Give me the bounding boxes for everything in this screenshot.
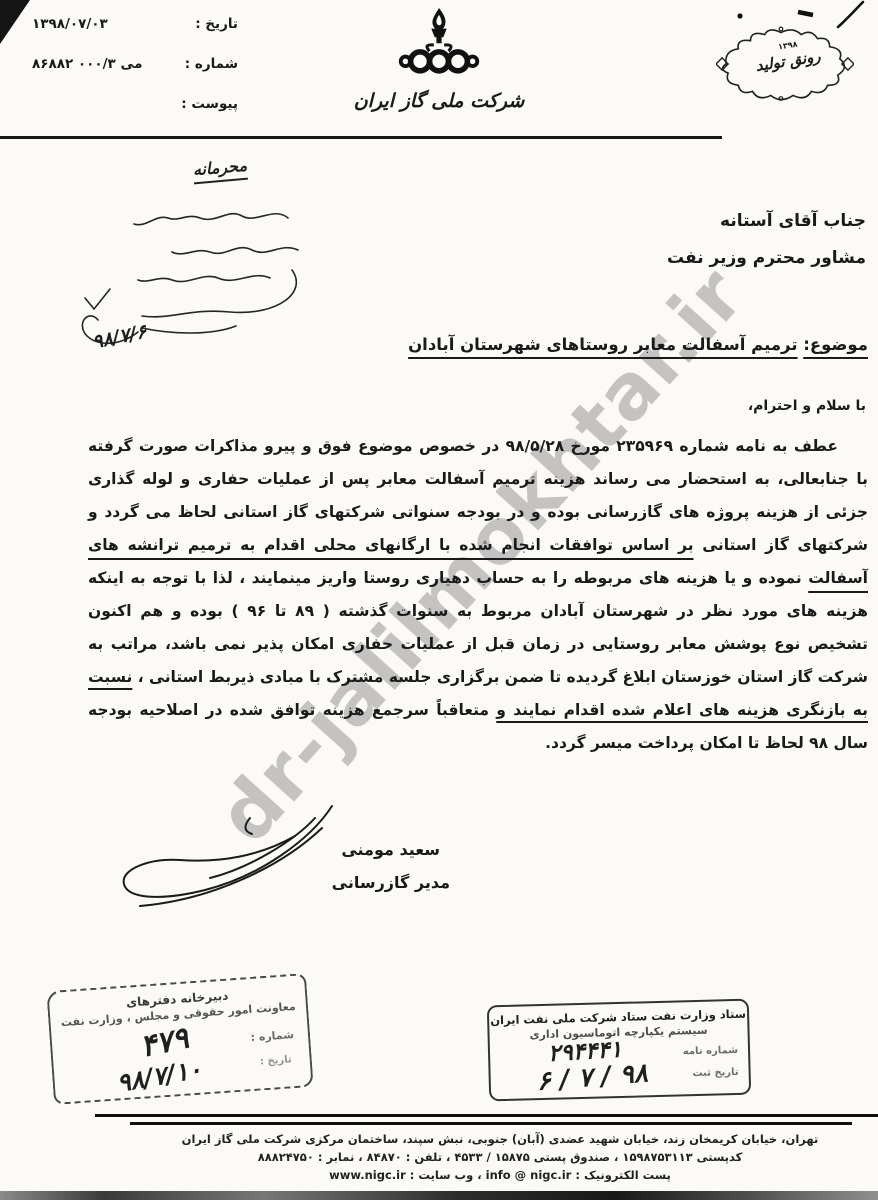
subject-line: موضوع: ترمیم آسفالت معابر روستاهای شهرست… bbox=[408, 335, 868, 354]
stamp-date-label: تاریخ ثبت bbox=[692, 1067, 738, 1079]
scan-edge-band bbox=[0, 1191, 878, 1200]
header-rule bbox=[0, 136, 722, 139]
stamp-date-label: تاریخ : bbox=[260, 1054, 292, 1067]
date-value: ۱۳۹۸/۰۷/۰۳ bbox=[32, 16, 108, 32]
website-address: www.nigc.ir bbox=[329, 1168, 406, 1182]
stamp-date-handwritten: ۹۸/۷/۱۰ bbox=[115, 1054, 204, 1097]
website-label: ، وب سایت : bbox=[410, 1168, 482, 1182]
letter-body: عطف به نامه شماره ۲۳۵۹۶۹ مورخ ۹۸/۵/۲۸ در… bbox=[88, 430, 868, 760]
scan-corner-artifact bbox=[0, 0, 30, 44]
attachment-field: پیوست : bbox=[32, 96, 238, 112]
footer-address-block: تهران، خیابان کریمخان زند، خیابان شهید ع… bbox=[140, 1130, 860, 1184]
stamp-number-label: شماره نامه bbox=[683, 1045, 738, 1057]
recipient-name: جناب آقای آستانه bbox=[667, 203, 866, 240]
footer-contact: کدپستی ۱۵۹۸۷۵۳۱۱۳ ، صندوق پستی ۱۵۸۷۵ / ۴… bbox=[140, 1148, 860, 1166]
number-value: ۸۶۸۸۲ ۰۰۰/۳ می bbox=[32, 56, 143, 72]
salutation: با سلام و احترام، bbox=[748, 398, 866, 414]
handwriting-scribble-icon bbox=[30, 150, 340, 365]
subject-label: موضوع: bbox=[803, 335, 868, 354]
body-segment: نموده و یا هزینه های مربوطه را به حساب د… bbox=[88, 569, 868, 686]
signer-title: مدیر گازرسانی bbox=[332, 873, 450, 892]
date-field: تاریخ : ۱۳۹۸/۰۷/۰۳ bbox=[32, 16, 238, 32]
handwritten-annotation: محرمانه ۹۸/۷/۶ bbox=[30, 150, 340, 365]
scanned-letter-page: dr-jalilmokhtar.ir تاریخ : ۱۳۹۸/۰۷/۰۳ شم… bbox=[0, 0, 878, 1200]
stamp-number-label: شماره : bbox=[250, 1028, 294, 1044]
year-slogan-emblem: رونق تولید ۱۳۹۸ bbox=[716, 26, 854, 102]
recipient-block: جناب آقای آستانه مشاور محترم وزیر نفت bbox=[667, 203, 866, 277]
footer-rule bbox=[130, 1122, 852, 1125]
number-label: شماره : bbox=[185, 56, 238, 72]
header-fields: تاریخ : ۱۳۹۸/۰۷/۰۳ شماره : ۸۶۸۸۲ ۰۰۰/۳ م… bbox=[32, 16, 238, 136]
number-field: شماره : ۸۶۸۸۲ ۰۰۰/۳ می bbox=[32, 56, 238, 72]
date-label: تاریخ : bbox=[195, 16, 238, 32]
company-logo-block: شرکت ملی گاز ایران bbox=[339, 6, 539, 112]
footer-address: تهران، خیابان کریمخان زند، خیابان شهید ع… bbox=[140, 1130, 860, 1148]
recipient-title: مشاور محترم وزیر نفت bbox=[667, 240, 866, 277]
footer-web-line: پست الکترونیک : info @ nigc.ir ، وب سایت… bbox=[140, 1166, 860, 1184]
nigc-flame-logo-icon bbox=[396, 6, 482, 84]
signature-scribble-icon bbox=[110, 788, 340, 913]
footer-rule bbox=[95, 1114, 878, 1117]
email-label: پست الکترونیک : bbox=[575, 1168, 671, 1182]
attachment-label: پیوست : bbox=[181, 96, 238, 112]
secretariat-stamp: دبیرخانه دفترهای معاونت امور حقوقی و مجل… bbox=[46, 973, 313, 1105]
email-address: info @ nigc.ir bbox=[486, 1168, 572, 1182]
signer-name: سعید مومنی bbox=[341, 840, 440, 859]
subject-text: ترمیم آسفالت معابر روستاهای شهرستان آباد… bbox=[408, 335, 797, 354]
company-name: شرکت ملی گاز ایران bbox=[339, 90, 539, 112]
automation-stamp: ستاد وزارت نفت ستاد شرکت ملی نفت ایران س… bbox=[487, 999, 751, 1102]
annotation-title: محرمانه bbox=[192, 156, 248, 185]
